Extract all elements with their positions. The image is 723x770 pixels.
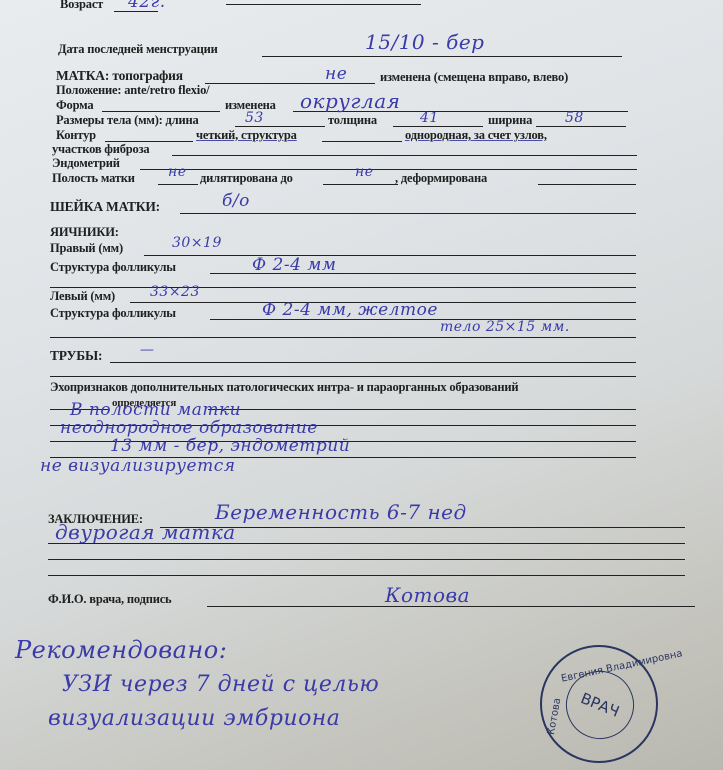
body-thickness: 41 [420, 110, 439, 126]
body-length: 53 [245, 110, 264, 126]
cavity-tail-rule [538, 184, 636, 185]
top-rule [226, 4, 421, 5]
cavity-dilated-value: не [168, 164, 187, 180]
tubes-value: — [140, 342, 155, 358]
endometrium-rule [140, 169, 637, 170]
doctor-signature: Котова [385, 583, 470, 607]
shape-rule [102, 111, 220, 112]
right-ovary-value: 30×19 [172, 235, 222, 251]
cavity-label: Полость матки [52, 171, 135, 186]
recommendation-title: Рекомендовано: [15, 636, 227, 664]
age-value: 42г. [128, 0, 166, 12]
conclusion-line-1: Беременность 6-7 нед [215, 500, 467, 524]
endometrium-label: Эндометрий [52, 156, 120, 171]
cavity-deformed-label: , деформирована [395, 171, 487, 186]
lmp-value: 15/10 - бер [365, 30, 484, 54]
left-follicles-value-2: тело 25×15 мм. [440, 319, 570, 335]
recommendation-line-1: УЗИ через 7 дней с целью [62, 672, 379, 697]
structure-suffix: однородная, за счет узлов, [405, 128, 547, 143]
echo-label: Эхопризнаков дополнительных патологическ… [50, 380, 518, 395]
recommendation-line-2: визуализации эмбриона [48, 706, 340, 731]
thickness-rule [393, 126, 483, 127]
age-label: Возраст [60, 0, 103, 12]
width-label: ширина [488, 113, 532, 128]
lmp-label: Дата последней менструации [58, 42, 218, 57]
uterus-topography-label: МАТКА: топография [56, 68, 183, 84]
shape-label: Форма [56, 98, 93, 113]
echo-note-4: не визуализируется [40, 456, 235, 476]
cavity-deformed-rule [323, 184, 398, 185]
position-label: Положение: ante/retro flexio/ [56, 83, 209, 98]
uterus-topography-value: не [325, 64, 347, 84]
doctor-label: Ф.И.О. врача, подпись [48, 592, 171, 607]
echo-note-2: неоднородное образование [60, 418, 318, 438]
left-ovary-label: Левый (мм) [50, 289, 115, 304]
conclusion-line-2: двурогая матка [55, 520, 236, 544]
body-size-label: Размеры тела (мм): длина [56, 113, 199, 128]
ultrasound-report-page: Возраст 42г. Дата последней менструации … [0, 0, 723, 770]
right-ovary-label: Правый (мм) [50, 241, 123, 256]
cervix-rule [180, 213, 636, 214]
cavity-dilated-rule [158, 184, 198, 185]
cervix-value: б/о [222, 191, 250, 211]
cervix-label: ШЕЙКА МАТКИ: [50, 199, 160, 215]
echo-note-3: 13 мм - бер, эндометрий [110, 436, 350, 456]
body-width: 58 [565, 110, 584, 126]
tubes-rule-2 [50, 376, 636, 377]
structure-rule [322, 141, 402, 142]
left-follicles-rule-2 [50, 337, 636, 338]
fibrosis-label: участков фиброза [52, 142, 149, 157]
conclusion-rule-4 [48, 575, 685, 576]
left-follicles-value: Ф 2-4 мм, желтое [262, 300, 438, 320]
fibrosis-rule [172, 155, 637, 156]
lmp-rule [262, 56, 622, 57]
cavity-deformed-value: не [355, 164, 374, 180]
tubes-rule [110, 362, 636, 363]
echo-note-1: В полости матки [70, 400, 241, 420]
shape-value: округлая [300, 89, 400, 113]
left-follicles-label: Структура фолликулы [50, 306, 176, 321]
left-ovary-value: 33×23 [150, 284, 200, 300]
ovaries-label: ЯИЧНИКИ: [50, 225, 119, 240]
contour-clear: четкий, структура [196, 128, 297, 143]
contour-label: Контур [56, 128, 96, 143]
right-follicles-rule-2 [50, 287, 636, 288]
thickness-label: толщина [328, 113, 377, 128]
doctor-stamp: Евгения Владимировна Котова ВРАЧ [540, 645, 658, 763]
stamp-ring-left: Котова [546, 697, 563, 736]
conclusion-rule-3 [48, 559, 685, 560]
right-follicles-value: Ф 2-4 мм [252, 255, 336, 275]
uterus-topography-suffix: изменена (смещена вправо, влево) [380, 70, 568, 85]
length-rule [235, 126, 325, 127]
tubes-label: ТРУБЫ: [50, 348, 102, 364]
echo-rule-b [208, 409, 636, 410]
uterus-topography-rule [205, 83, 375, 84]
conclusion-rule-1 [160, 527, 685, 528]
cavity-dilated-label: дилятирована до [200, 171, 293, 186]
width-rule [536, 126, 626, 127]
right-ovary-rule [144, 255, 636, 256]
right-follicles-label: Структура фолликулы [50, 260, 176, 275]
